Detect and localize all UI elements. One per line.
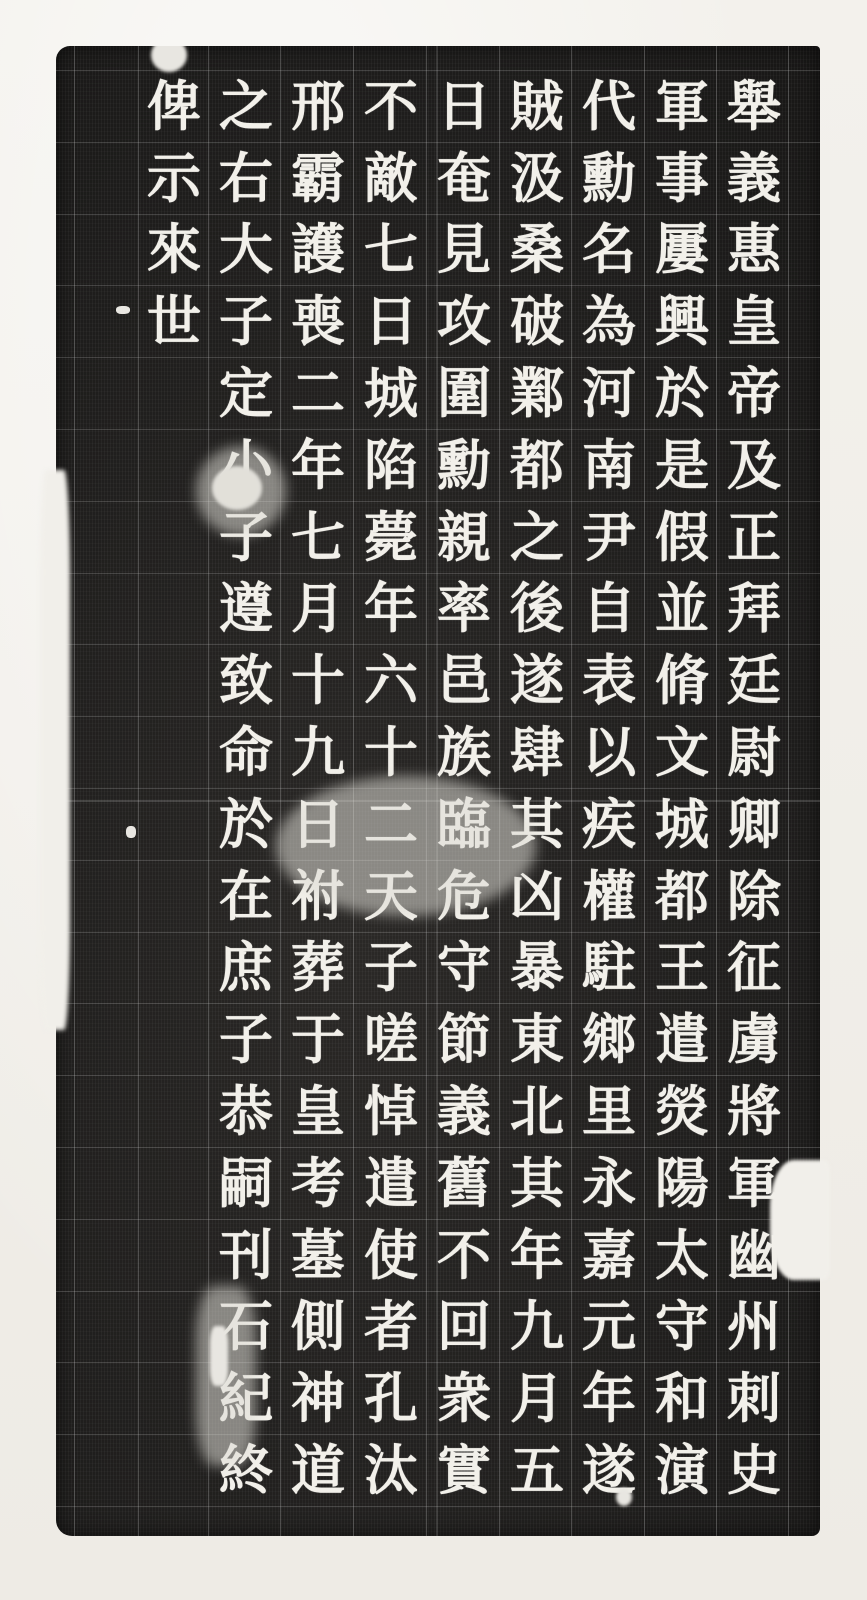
inscription-character: 名	[573, 214, 645, 286]
inscription-character: 假	[646, 501, 718, 573]
inscription-character: 南	[573, 429, 645, 501]
inscription-character: 恭	[210, 1075, 282, 1147]
inscription-character: 尹	[573, 501, 645, 573]
inscription-character: 王	[646, 932, 718, 1004]
inscription-character: 權	[573, 860, 645, 932]
inscription-character: 年	[501, 1219, 573, 1291]
inscription-column-9: 俾示來世	[138, 70, 210, 357]
inscription-character: 事	[646, 142, 718, 214]
inscription-character: 汲	[501, 142, 573, 214]
inscription-character: 率	[428, 573, 500, 645]
inscription-character: 圍	[428, 357, 500, 429]
inscription-character: 義	[428, 1075, 500, 1147]
inscription-character: 月	[501, 1362, 573, 1434]
inscription-character: 二	[282, 357, 354, 429]
stele-rubbing: 舉義惠皇帝及正拜廷尉卿除征虜將軍幽州刺史 軍事屢興於是假並脩文城都王遣熒陽太守和…	[56, 46, 820, 1536]
inscription-character: 以	[573, 716, 645, 788]
inscription-character: 在	[210, 860, 282, 932]
inscription-character: 鄉	[573, 1003, 645, 1075]
inscription-character: 皇	[282, 1075, 354, 1147]
inscription-character: 城	[646, 788, 718, 860]
inscription-character: 後	[501, 573, 573, 645]
inscription-character: 見	[428, 214, 500, 286]
inscription-character: 桑	[501, 214, 573, 286]
inscription-character: 賊	[501, 70, 573, 142]
inscription-column-3: 代勳名為河南尹自表以疾權駐鄉里永嘉元年遂	[573, 70, 645, 1506]
inscription-character: 致	[210, 644, 282, 716]
inscription-character: 來	[138, 214, 210, 286]
torn-edge	[40, 470, 70, 1030]
damage-spot	[151, 46, 187, 72]
inscription-character: 墓	[282, 1219, 354, 1291]
inscription-character: 嗟	[355, 1003, 427, 1075]
inscription-character: 暴	[501, 932, 573, 1004]
inscription-character: 自	[573, 573, 645, 645]
inscription-character: 定	[210, 357, 282, 429]
inscription-character: 庶	[210, 932, 282, 1004]
inscription-character: 不	[355, 70, 427, 142]
inscription-character: 于	[282, 1003, 354, 1075]
inscription-character: 悼	[355, 1075, 427, 1147]
inscription-character: 俾	[138, 70, 210, 142]
inscription-character: 廷	[718, 644, 790, 716]
inscription-character: 汰	[355, 1434, 427, 1506]
inscription-character: 是	[646, 429, 718, 501]
inscription-character: 年	[282, 429, 354, 501]
inscription-character: 子	[210, 1003, 282, 1075]
inscription-character: 族	[428, 716, 500, 788]
inscription-character: 之	[501, 501, 573, 573]
inscription-character: 帝	[718, 357, 790, 429]
inscription-character: 舊	[428, 1147, 500, 1219]
speck	[126, 826, 136, 838]
inscription-character: 節	[428, 1003, 500, 1075]
damage-spot	[210, 1326, 228, 1386]
inscription-character: 都	[501, 429, 573, 501]
torn-edge	[770, 1160, 830, 1280]
inscription-character: 攻	[428, 285, 500, 357]
inscription-character: 永	[573, 1147, 645, 1219]
inscription-character: 敵	[355, 142, 427, 214]
inscription-character: 嘉	[573, 1219, 645, 1291]
inscription-character: 年	[573, 1362, 645, 1434]
inscription-character: 九	[282, 716, 354, 788]
inscription-character: 州	[718, 1291, 790, 1363]
inscription-character: 並	[646, 573, 718, 645]
grid-line	[74, 46, 75, 1536]
inscription-character: 北	[501, 1075, 573, 1147]
inscription-character: 惠	[718, 214, 790, 286]
inscription-character: 日	[355, 285, 427, 357]
inscription-character: 邢	[282, 70, 354, 142]
inscription-character: 七	[355, 214, 427, 286]
inscription-character: 遂	[573, 1434, 645, 1506]
grid-line	[56, 1506, 820, 1507]
inscription-character: 陽	[646, 1147, 718, 1219]
inscription-character: 勳	[428, 429, 500, 501]
worn-area	[276, 776, 536, 916]
inscription-character: 肆	[501, 716, 573, 788]
inscription-character: 代	[573, 70, 645, 142]
inscription-character: 孔	[355, 1362, 427, 1434]
inscription-character: 屢	[646, 214, 718, 286]
inscription-character: 回	[428, 1291, 500, 1363]
inscription-character: 不	[428, 1219, 500, 1291]
inscription-character: 奄	[428, 142, 500, 214]
inscription-column-1: 舉義惠皇帝及正拜廷尉卿除征虜將軍幽州刺史	[718, 70, 790, 1506]
inscription-character: 六	[355, 644, 427, 716]
inscription-character: 城	[355, 357, 427, 429]
inscription-character: 遂	[501, 644, 573, 716]
inscription-character: 正	[718, 501, 790, 573]
inscription-character: 神	[282, 1362, 354, 1434]
inscription-character: 實	[428, 1434, 500, 1506]
inscription-character: 側	[282, 1291, 354, 1363]
inscription-character: 嗣	[210, 1147, 282, 1219]
inscription-character: 日	[428, 70, 500, 142]
inscription-character: 陷	[355, 429, 427, 501]
inscription-character: 里	[573, 1075, 645, 1147]
inscription-character: 於	[646, 357, 718, 429]
inscription-character: 河	[573, 357, 645, 429]
inscription-character: 皇	[718, 285, 790, 357]
inscription-character: 征	[718, 932, 790, 1004]
inscription-character: 虜	[718, 1003, 790, 1075]
inscription-character: 軍	[646, 70, 718, 142]
inscription-character: 義	[718, 142, 790, 214]
inscription-character: 霸	[282, 142, 354, 214]
inscription-character: 尉	[718, 716, 790, 788]
inscription-character: 興	[646, 285, 718, 357]
inscription-character: 史	[718, 1434, 790, 1506]
inscription-character: 脩	[646, 644, 718, 716]
inscription-character: 使	[355, 1219, 427, 1291]
inscription-character: 都	[646, 860, 718, 932]
inscription-character: 和	[646, 1362, 718, 1434]
inscription-character: 月	[282, 573, 354, 645]
inscription-character: 親	[428, 501, 500, 573]
inscription-character: 大	[210, 214, 282, 286]
inscription-character: 表	[573, 644, 645, 716]
inscription-character: 東	[501, 1003, 573, 1075]
inscription-character: 考	[282, 1147, 354, 1219]
inscription-column-4: 賊汲桑破鄴都之後遂肆其凶暴東北其年九月五	[501, 70, 573, 1506]
inscription-character: 於	[210, 788, 282, 860]
inscription-character: 除	[718, 860, 790, 932]
inscription-character: 喪	[282, 285, 354, 357]
inscription-character: 元	[573, 1291, 645, 1363]
inscription-character: 命	[210, 716, 282, 788]
inscription-character: 守	[646, 1291, 718, 1363]
inscription-character: 其	[501, 1147, 573, 1219]
inscription-character: 子	[355, 932, 427, 1004]
inscription-character: 九	[501, 1291, 573, 1363]
inscription-character: 之	[210, 70, 282, 142]
inscription-character: 刺	[718, 1362, 790, 1434]
inscription-character: 遵	[210, 573, 282, 645]
inscription-character: 遣	[646, 1003, 718, 1075]
inscription-character: 太	[646, 1219, 718, 1291]
inscription-character: 示	[138, 142, 210, 214]
inscription-character: 薨	[355, 501, 427, 573]
inscription-character: 卿	[718, 788, 790, 860]
inscription-character: 衆	[428, 1362, 500, 1434]
inscription-character: 舉	[718, 70, 790, 142]
inscription-character: 遣	[355, 1147, 427, 1219]
inscription-character: 右	[210, 142, 282, 214]
inscription-character: 五	[501, 1434, 573, 1506]
inscription-character: 七	[282, 501, 354, 573]
inscription-character: 勳	[573, 142, 645, 214]
inscription-character: 邑	[428, 644, 500, 716]
inscription-character: 刊	[210, 1219, 282, 1291]
inscription-character: 守	[428, 932, 500, 1004]
inscription-character: 疾	[573, 788, 645, 860]
inscription-character: 文	[646, 716, 718, 788]
inscription-character: 鄴	[501, 357, 573, 429]
inscription-character: 破	[501, 285, 573, 357]
inscription-character: 十	[282, 644, 354, 716]
inscription-character: 拜	[718, 573, 790, 645]
inscription-character: 世	[138, 285, 210, 357]
inscription-character: 及	[718, 429, 790, 501]
inscription-character: 為	[573, 285, 645, 357]
inscription-column-2: 軍事屢興於是假並脩文城都王遣熒陽太守和演	[646, 70, 718, 1506]
inscription-character: 護	[282, 214, 354, 286]
damage-spot	[196, 446, 286, 536]
inscription-character: 子	[210, 285, 282, 357]
inscription-character: 熒	[646, 1075, 718, 1147]
inscription-character: 駐	[573, 932, 645, 1004]
inscription-character: 將	[718, 1075, 790, 1147]
inscription-character: 者	[355, 1291, 427, 1363]
inscription-character: 葬	[282, 932, 354, 1004]
inscription-character: 演	[646, 1434, 718, 1506]
damage-spot	[616, 1488, 632, 1506]
speck	[116, 306, 130, 314]
inscription-character: 年	[355, 573, 427, 645]
inscription-character: 道	[282, 1434, 354, 1506]
